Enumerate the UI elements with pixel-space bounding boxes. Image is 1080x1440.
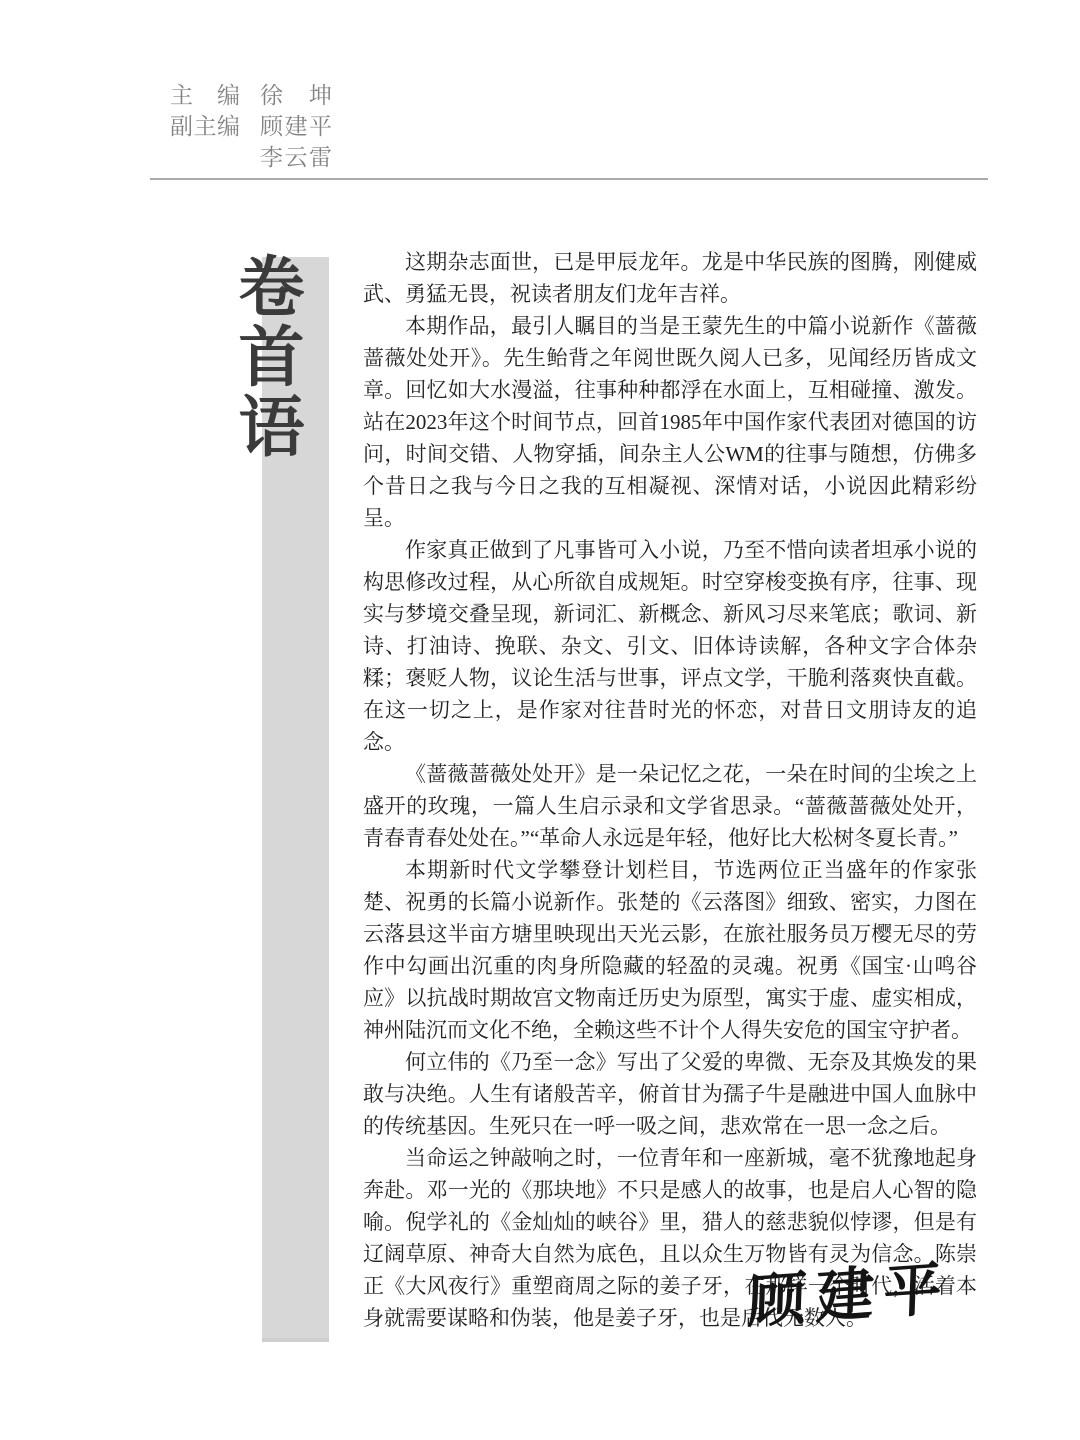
paragraph-3: 作家真正做到了凡事皆可入小说，乃至不惜向读者坦承小说的构思修改过程，从心所欲自成… bbox=[363, 534, 977, 758]
editor-role-label: 副主编 bbox=[170, 111, 240, 142]
masthead-divider bbox=[150, 178, 988, 180]
paragraph-4: 《蔷薇蔷薇处处开》是一朵记忆之花，一朵在时间的尘埃之上盛开的玫瑰，一篇人生启示录… bbox=[363, 758, 977, 854]
editor-name: 徐坤 bbox=[260, 80, 332, 111]
page-title: 卷首语 bbox=[229, 252, 299, 462]
magazine-foreword-page: 主编 徐坤 副主编 顾建平 李云雷 卷首语 这期杂志面世，已是甲辰龙年。龙是中华… bbox=[0, 0, 1080, 1440]
foreword-body: 这期杂志面世，已是甲辰龙年。龙是中华民族的图腾，刚健威武、勇猛无畏，祝读者朋友们… bbox=[363, 246, 977, 1334]
paragraph-5: 本期新时代文学攀登计划栏目，节选两位正当盛年的作家张楚、祝勇的长篇小说新作。张楚… bbox=[363, 854, 977, 1046]
editor-name: 顾建平 bbox=[260, 111, 332, 142]
editor-row-deputy2: 李云雷 bbox=[170, 142, 332, 173]
editor-row-chief: 主编 徐坤 bbox=[170, 80, 332, 111]
paragraph-2: 本期作品，最引人瞩目的当是王蒙先生的中篇小说新作《蔷薇蔷薇处处开》。先生鲐背之年… bbox=[363, 310, 977, 534]
paragraph-6: 何立伟的《乃至一念》写出了父爱的卑微、无奈及其焕发的果敢与决绝。人生有诸般苦辛，… bbox=[363, 1046, 977, 1142]
editor-name: 李云雷 bbox=[260, 142, 332, 173]
editor-signature: 顾建平 bbox=[747, 1241, 949, 1339]
masthead: 主编 徐坤 副主编 顾建平 李云雷 bbox=[170, 80, 332, 173]
editor-role-label: 主编 bbox=[170, 80, 240, 111]
paragraph-1: 这期杂志面世，已是甲辰龙年。龙是中华民族的图腾，刚健威武、勇猛无畏，祝读者朋友们… bbox=[363, 246, 977, 310]
editor-row-deputy: 副主编 顾建平 bbox=[170, 111, 332, 142]
